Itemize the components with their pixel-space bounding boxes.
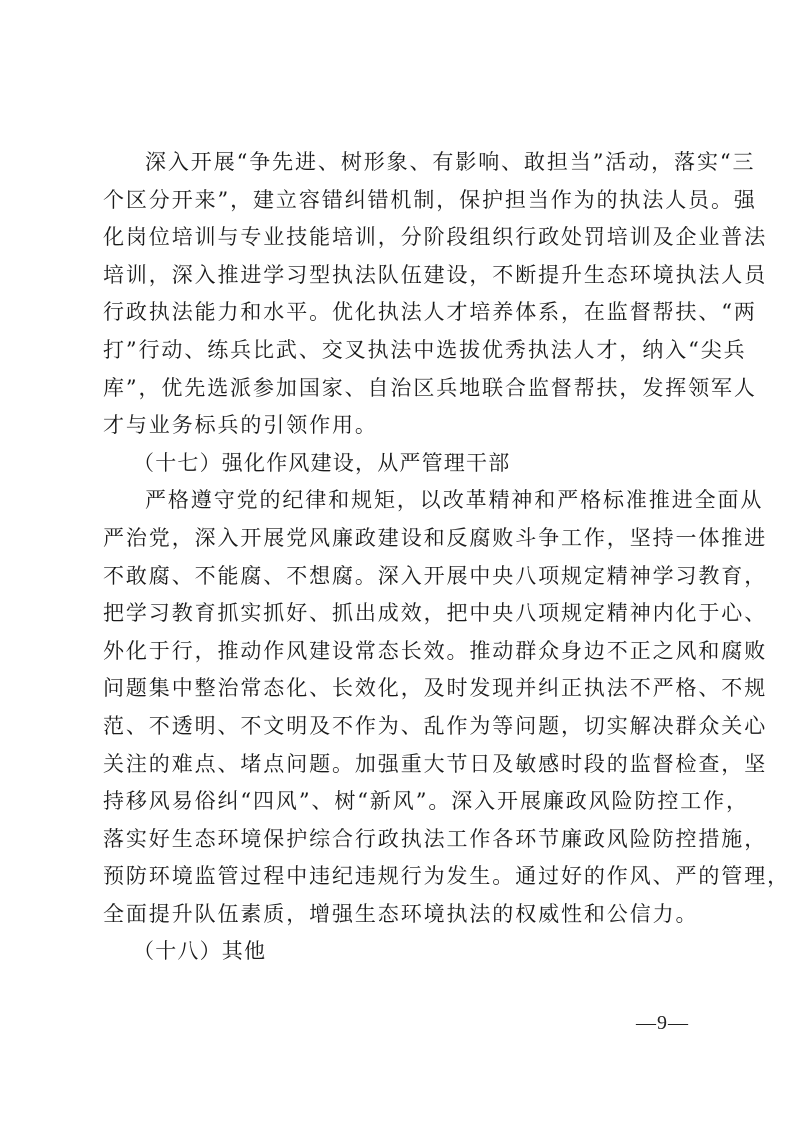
paragraph-line: 预防环境监管过程中违纪违规行为发生。通过好的作风、严的管理，	[103, 858, 693, 896]
section-heading-18: （十八）其他	[103, 933, 693, 971]
paragraph-line: 个区分开来”，建立容错纠错机制，保护担当作为的执法人员。强	[103, 182, 693, 220]
paragraph-line: 落实好生态环境保护综合行政执法工作各环节廉政风险防控措施，	[103, 821, 693, 859]
paragraph-line: 化岗位培训与专业技能培训，分阶段组织行政处罚培训及企业普法	[103, 219, 693, 257]
paragraph-line: 行政执法能力和水平。优化执法人才培养体系，在监督帮扶、“两	[103, 294, 693, 332]
paragraph-line: 把学习教育抓实抓好、抓出成效，把中央八项规定精神内化于心、	[103, 595, 693, 633]
document-page: 深入开展“争先进、树形象、有影响、敢担当”活动，落实“三 个区分开来”，建立容错…	[0, 0, 793, 1122]
paragraph-line: 问题集中整治常态化、长效化，及时发现并纠正执法不严格、不规	[103, 670, 693, 708]
paragraph-line: 培训，深入推进学习型执法队伍建设，不断提升生态环境执法人员	[103, 257, 693, 295]
paragraph-line: 范、不透明、不文明及不作为、乱作为等问题，切实解决群众关心	[103, 708, 693, 746]
paragraph-line: 外化于行，推动作风建设常态长效。推动群众身边不正之风和腐败	[103, 633, 693, 671]
paragraph-line: 严格遵守党的纪律和规矩，以改革精神和严格标准推进全面从	[103, 482, 693, 520]
page-number: —9—	[636, 1012, 689, 1035]
paragraph-line: 不敢腐、不能腐、不想腐。深入开展中央八项规定精神学习教育，	[103, 558, 693, 596]
paragraph-line: 打”行动、练兵比武、交叉执法中选拔优秀执法人才，纳入“尖兵	[103, 332, 693, 370]
paragraph-line: 深入开展“争先进、树形象、有影响、敢担当”活动，落实“三	[103, 144, 693, 182]
paragraph-line: 严治党，深入开展党风廉政建设和反腐败斗争工作，坚持一体推进	[103, 520, 693, 558]
paragraph-line: 关注的难点、堵点问题。加强重大节日及敏感时段的监督检查，坚	[103, 746, 693, 784]
paragraph-line: 全面提升队伍素质，增强生态环境执法的权威性和公信力。	[103, 896, 693, 934]
paragraph-line: 库”，优先选派参加国家、自治区兵地联合监督帮扶，发挥领军人	[103, 370, 693, 408]
paragraph-line: 才与业务标兵的引领作用。	[103, 407, 693, 445]
section-heading-17: （十七）强化作风建设，从严管理干部	[103, 445, 693, 483]
body-text: 深入开展“争先进、树形象、有影响、敢担当”活动，落实“三 个区分开来”，建立容错…	[103, 144, 693, 971]
paragraph-line: 持移风易俗纠“四风”、树“新风”。深入开展廉政风险防控工作，	[103, 783, 693, 821]
